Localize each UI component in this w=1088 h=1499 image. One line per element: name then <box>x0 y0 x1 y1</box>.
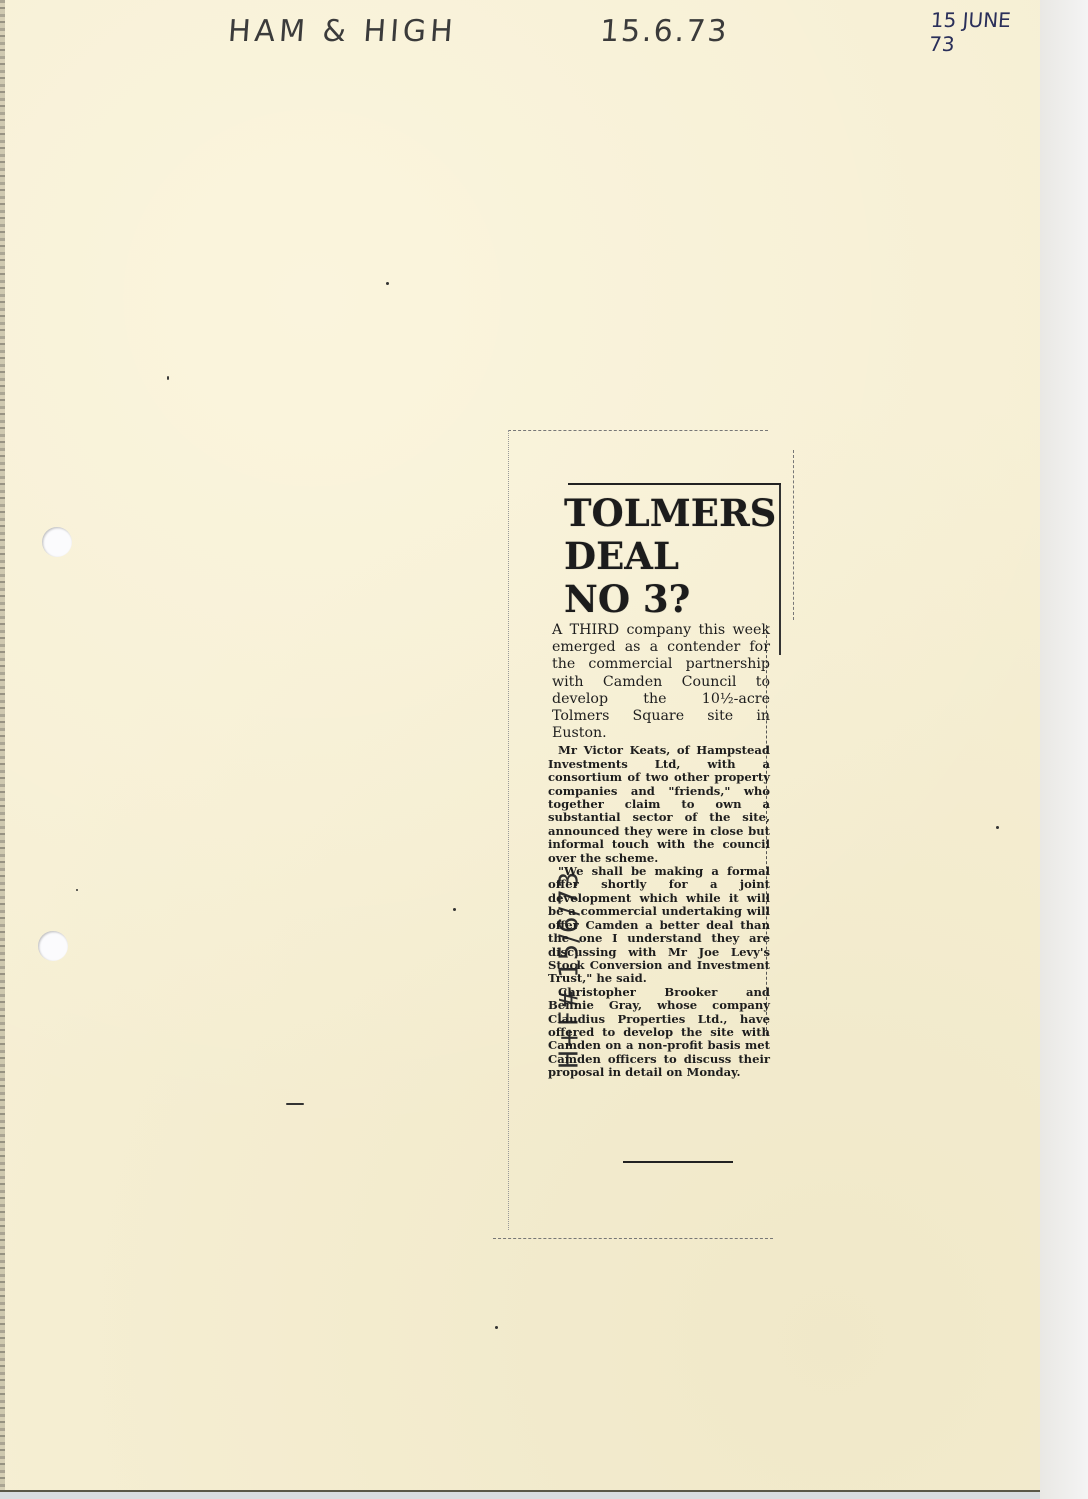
paper-speck <box>453 908 456 911</box>
headline-line: TOLMERS <box>564 492 784 535</box>
punch-hole-bottom <box>38 931 68 961</box>
clipping-edge <box>508 430 509 1230</box>
newspaper-clipping: TOLMERS DEAL NO 3? A THIRD company this … <box>508 430 800 1240</box>
article-lead: A THIRD company this week emerged as a c… <box>548 622 770 742</box>
paper-speck <box>76 889 78 891</box>
paper-speck <box>167 376 169 380</box>
article-paragraph: "We shall be making a formal offer short… <box>548 865 770 986</box>
handwritten-corner-date: 15 JUNE 73 <box>928 8 1041 56</box>
article-headline: TOLMERS DEAL NO 3? <box>564 492 784 621</box>
handwritten-date: 15.6.73 <box>599 14 730 49</box>
article-paragraph: Mr Victor Keats, of Hampstead Investment… <box>548 744 770 865</box>
end-of-article-rule <box>623 1161 733 1163</box>
archive-sheet: HAM & HIGH 15.6.73 15 JUNE 73 H+F# 15/6/… <box>0 0 1040 1492</box>
clipping-edge <box>508 430 768 431</box>
paper-speck <box>996 826 999 829</box>
headline-line: DEAL <box>564 535 784 578</box>
headline-line: NO 3? <box>564 578 784 621</box>
scan-margin <box>1040 0 1088 1499</box>
paper-speck <box>495 1326 498 1329</box>
paper-speck <box>386 282 389 285</box>
headline-rule <box>568 483 781 485</box>
handwritten-source: HAM & HIGH <box>227 14 458 49</box>
article-body: A THIRD company this week emerged as a c… <box>548 622 770 1080</box>
clipping-edge <box>793 450 794 620</box>
punch-hole-top <box>42 527 72 557</box>
binding-edge <box>0 0 5 1490</box>
paper-speck <box>286 1103 304 1105</box>
article-paragraph: Christopher Brooker and Bennie Gray, who… <box>548 986 770 1080</box>
clipping-edge <box>493 1238 773 1239</box>
